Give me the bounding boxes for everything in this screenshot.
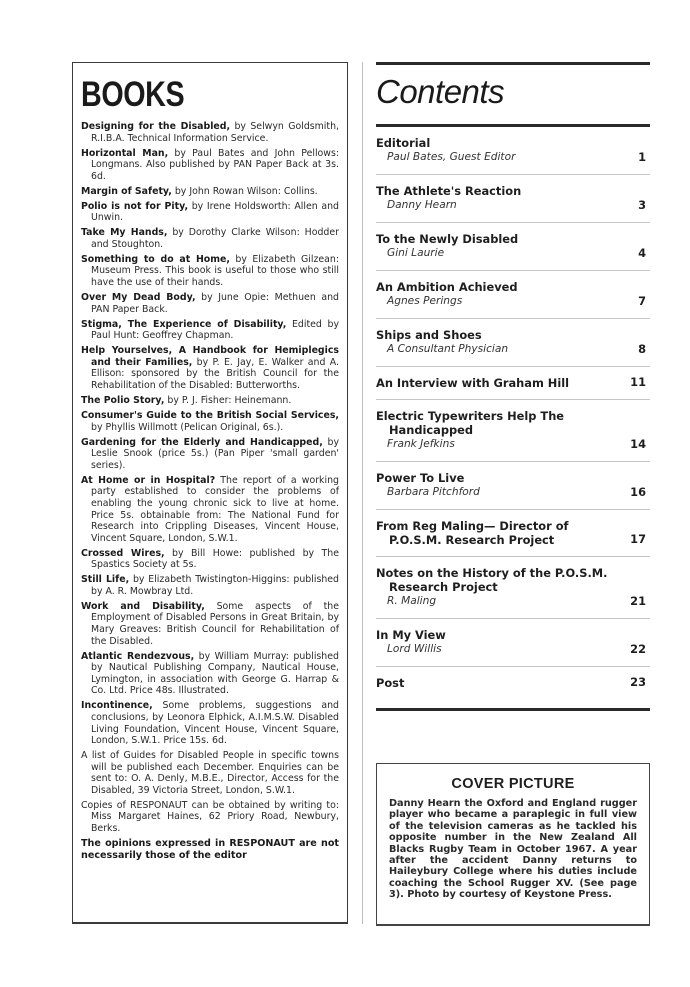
article-title: Electric Typewriters Help The: [376, 409, 650, 423]
article-author: Frank Jefkins: [376, 437, 650, 452]
article-author: Lord Willis: [376, 642, 650, 657]
book-title: Margin of Safety,: [81, 186, 172, 197]
toc-entry: An Interview with Graham Hill11: [376, 367, 650, 400]
page-number: 1: [638, 150, 646, 164]
article-author: Danny Hearn: [376, 198, 650, 213]
book-entry: Crossed Wires, by Bill Howe: published b…: [81, 548, 339, 571]
article-title: Ships and Shoes: [376, 328, 650, 342]
article-author: R. Maling: [376, 594, 650, 609]
article-title: In My View: [376, 628, 650, 642]
book-title: Crossed Wires,: [81, 548, 165, 559]
book-entry: Consumer's Guide to the British Social S…: [81, 410, 339, 433]
book-title: Take My Hands,: [81, 227, 167, 238]
article-title-cont: P.O.S.M. Research Project: [376, 533, 650, 547]
toc-entry: EditorialPaul Bates, Guest Editor1: [376, 127, 650, 175]
book-details: by P. J. Fisher: Heinemann.: [164, 395, 291, 406]
book-entry: Horizontal Man, by Paul Bates and John P…: [81, 148, 339, 183]
editor-disclaimer: The opinions expressed in RESPONAUT are …: [81, 838, 339, 862]
toc-entry: Electric Typewriters Help TheHandicapped…: [376, 400, 650, 462]
article-author: Gini Laurie: [376, 246, 650, 261]
book-title: Atlantic Rendezvous,: [81, 651, 194, 662]
toc-entry: From Reg Maling— Director ofP.O.S.M. Res…: [376, 510, 650, 557]
book-entry: At Home or in Hospital? The report of a …: [81, 475, 339, 545]
book-details: by Phyllis Willmott (Pelican Original, 6…: [91, 422, 283, 433]
article-author: Agnes Perings: [376, 294, 650, 309]
contents-heading: Contents: [376, 72, 650, 112]
article-title: An Ambition Achieved: [376, 280, 650, 294]
toc-entry: An Ambition AchievedAgnes Perings7: [376, 271, 650, 319]
book-title: Horizontal Man,: [81, 148, 168, 159]
books-heading: BOOKS: [81, 77, 293, 113]
page-number: 4: [638, 246, 646, 260]
article-title: Power To Live: [376, 471, 650, 485]
toc-entry: Notes on the History of the P.O.S.M.Rese…: [376, 557, 650, 619]
book-title: At Home or in Hospital?: [81, 475, 215, 486]
top-rule: [376, 62, 650, 65]
book-title: Stigma, The Experience of Disability,: [81, 319, 286, 330]
toc-entry: To the Newly DisabledGini Laurie4: [376, 223, 650, 271]
page-number: 11: [630, 375, 646, 389]
article-author: Paul Bates, Guest Editor: [376, 150, 650, 165]
article-author: Barbara Pitchford: [376, 485, 650, 500]
book-title: Polio is not for Pity,: [81, 201, 188, 212]
article-title: An Interview with Graham Hill: [376, 376, 650, 390]
book-title: Designing for the Disabled,: [81, 121, 230, 132]
book-title: The Polio Story,: [81, 395, 164, 406]
page-number: 17: [630, 532, 646, 546]
book-entry: Polio is not for Pity, by Irene Holdswor…: [81, 201, 339, 224]
book-entry: Over My Dead Body, by June Opie: Methuen…: [81, 292, 339, 315]
column-divider: [362, 62, 363, 924]
table-of-contents: EditorialPaul Bates, Guest Editor1The At…: [376, 127, 650, 711]
book-list: Designing for the Disabled, by Selwyn Go…: [81, 121, 339, 747]
book-title: Incontinence,: [81, 700, 153, 711]
book-entry: Atlantic Rendezvous, by William Murray: …: [81, 651, 339, 697]
book-entry: The Polio Story, by P. J. Fisher: Heinem…: [81, 395, 339, 407]
book-details: by Elizabeth Twistington-Higgins: publis…: [91, 574, 339, 597]
book-entry: Help Yourselves, A Handbook for Hemipleg…: [81, 345, 339, 391]
cover-title: COVER PICTURE: [389, 776, 637, 792]
book-entry: Work and Disability, Some aspects of the…: [81, 601, 339, 647]
article-title-cont: Research Project: [376, 580, 650, 594]
toc-entry: In My ViewLord Willis22: [376, 619, 650, 667]
book-entry: Something to do at Home, by Elizabeth Gi…: [81, 254, 339, 289]
book-title: Still Life,: [81, 574, 129, 585]
book-entry: Stigma, The Experience of Disability, Ed…: [81, 319, 339, 342]
article-author: A Consultant Physician: [376, 342, 650, 357]
page-number: 16: [630, 485, 646, 499]
toc-entry: Power To LiveBarbara Pitchford16: [376, 462, 650, 510]
article-title: The Athlete's Reaction: [376, 184, 650, 198]
book-entry: Designing for the Disabled, by Selwyn Go…: [81, 121, 339, 144]
page-number: 8: [638, 342, 646, 356]
cover-description: Danny Hearn the Oxford and England rugge…: [389, 798, 637, 901]
page-number: 7: [638, 294, 646, 308]
book-title: Over My Dead Body,: [81, 292, 196, 303]
guides-note: A list of Guides for Disabled People in …: [81, 750, 339, 796]
article-title: Editorial: [376, 136, 650, 150]
page-number: 3: [638, 198, 646, 212]
page-number: 23: [630, 675, 646, 689]
copies-note: Copies of RESPONAUT can be obtained by w…: [81, 800, 339, 835]
page-number: 22: [630, 642, 646, 656]
book-title: Work and Disability,: [81, 601, 205, 612]
book-title: Consumer's Guide to the British Social S…: [81, 410, 339, 421]
contents-panel: Contents EditorialPaul Bates, Guest Edit…: [376, 62, 650, 711]
toc-entry: Post23: [376, 667, 650, 711]
toc-entry: Ships and ShoesA Consultant Physician8: [376, 319, 650, 367]
book-entry: Gardening for the Elderly and Handicappe…: [81, 437, 339, 472]
article-title: Post: [376, 676, 650, 690]
books-panel: BOOKS Designing for the Disabled, by Sel…: [72, 62, 348, 924]
book-entry: Still Life, by Elizabeth Twistington-Hig…: [81, 574, 339, 597]
book-entry: Take My Hands, by Dorothy Clarke Wilson:…: [81, 227, 339, 250]
toc-entry: The Athlete's ReactionDanny Hearn3: [376, 175, 650, 223]
page-number: 14: [630, 437, 646, 451]
book-details: by John Rowan Wilson: Collins.: [172, 186, 318, 197]
cover-picture-box: COVER PICTURE Danny Hearn the Oxford and…: [376, 763, 650, 926]
article-title-cont: Handicapped: [376, 423, 650, 437]
article-title: From Reg Maling— Director of: [376, 519, 650, 533]
article-title: To the Newly Disabled: [376, 232, 650, 246]
book-title: Something to do at Home,: [81, 254, 230, 265]
book-entry: Margin of Safety, by John Rowan Wilson: …: [81, 186, 339, 198]
article-title: Notes on the History of the P.O.S.M.: [376, 566, 650, 580]
book-title: Gardening for the Elderly and Handicappe…: [81, 437, 323, 448]
book-entry: Incontinence, Some problems, suggestions…: [81, 700, 339, 746]
page-number: 21: [630, 594, 646, 608]
